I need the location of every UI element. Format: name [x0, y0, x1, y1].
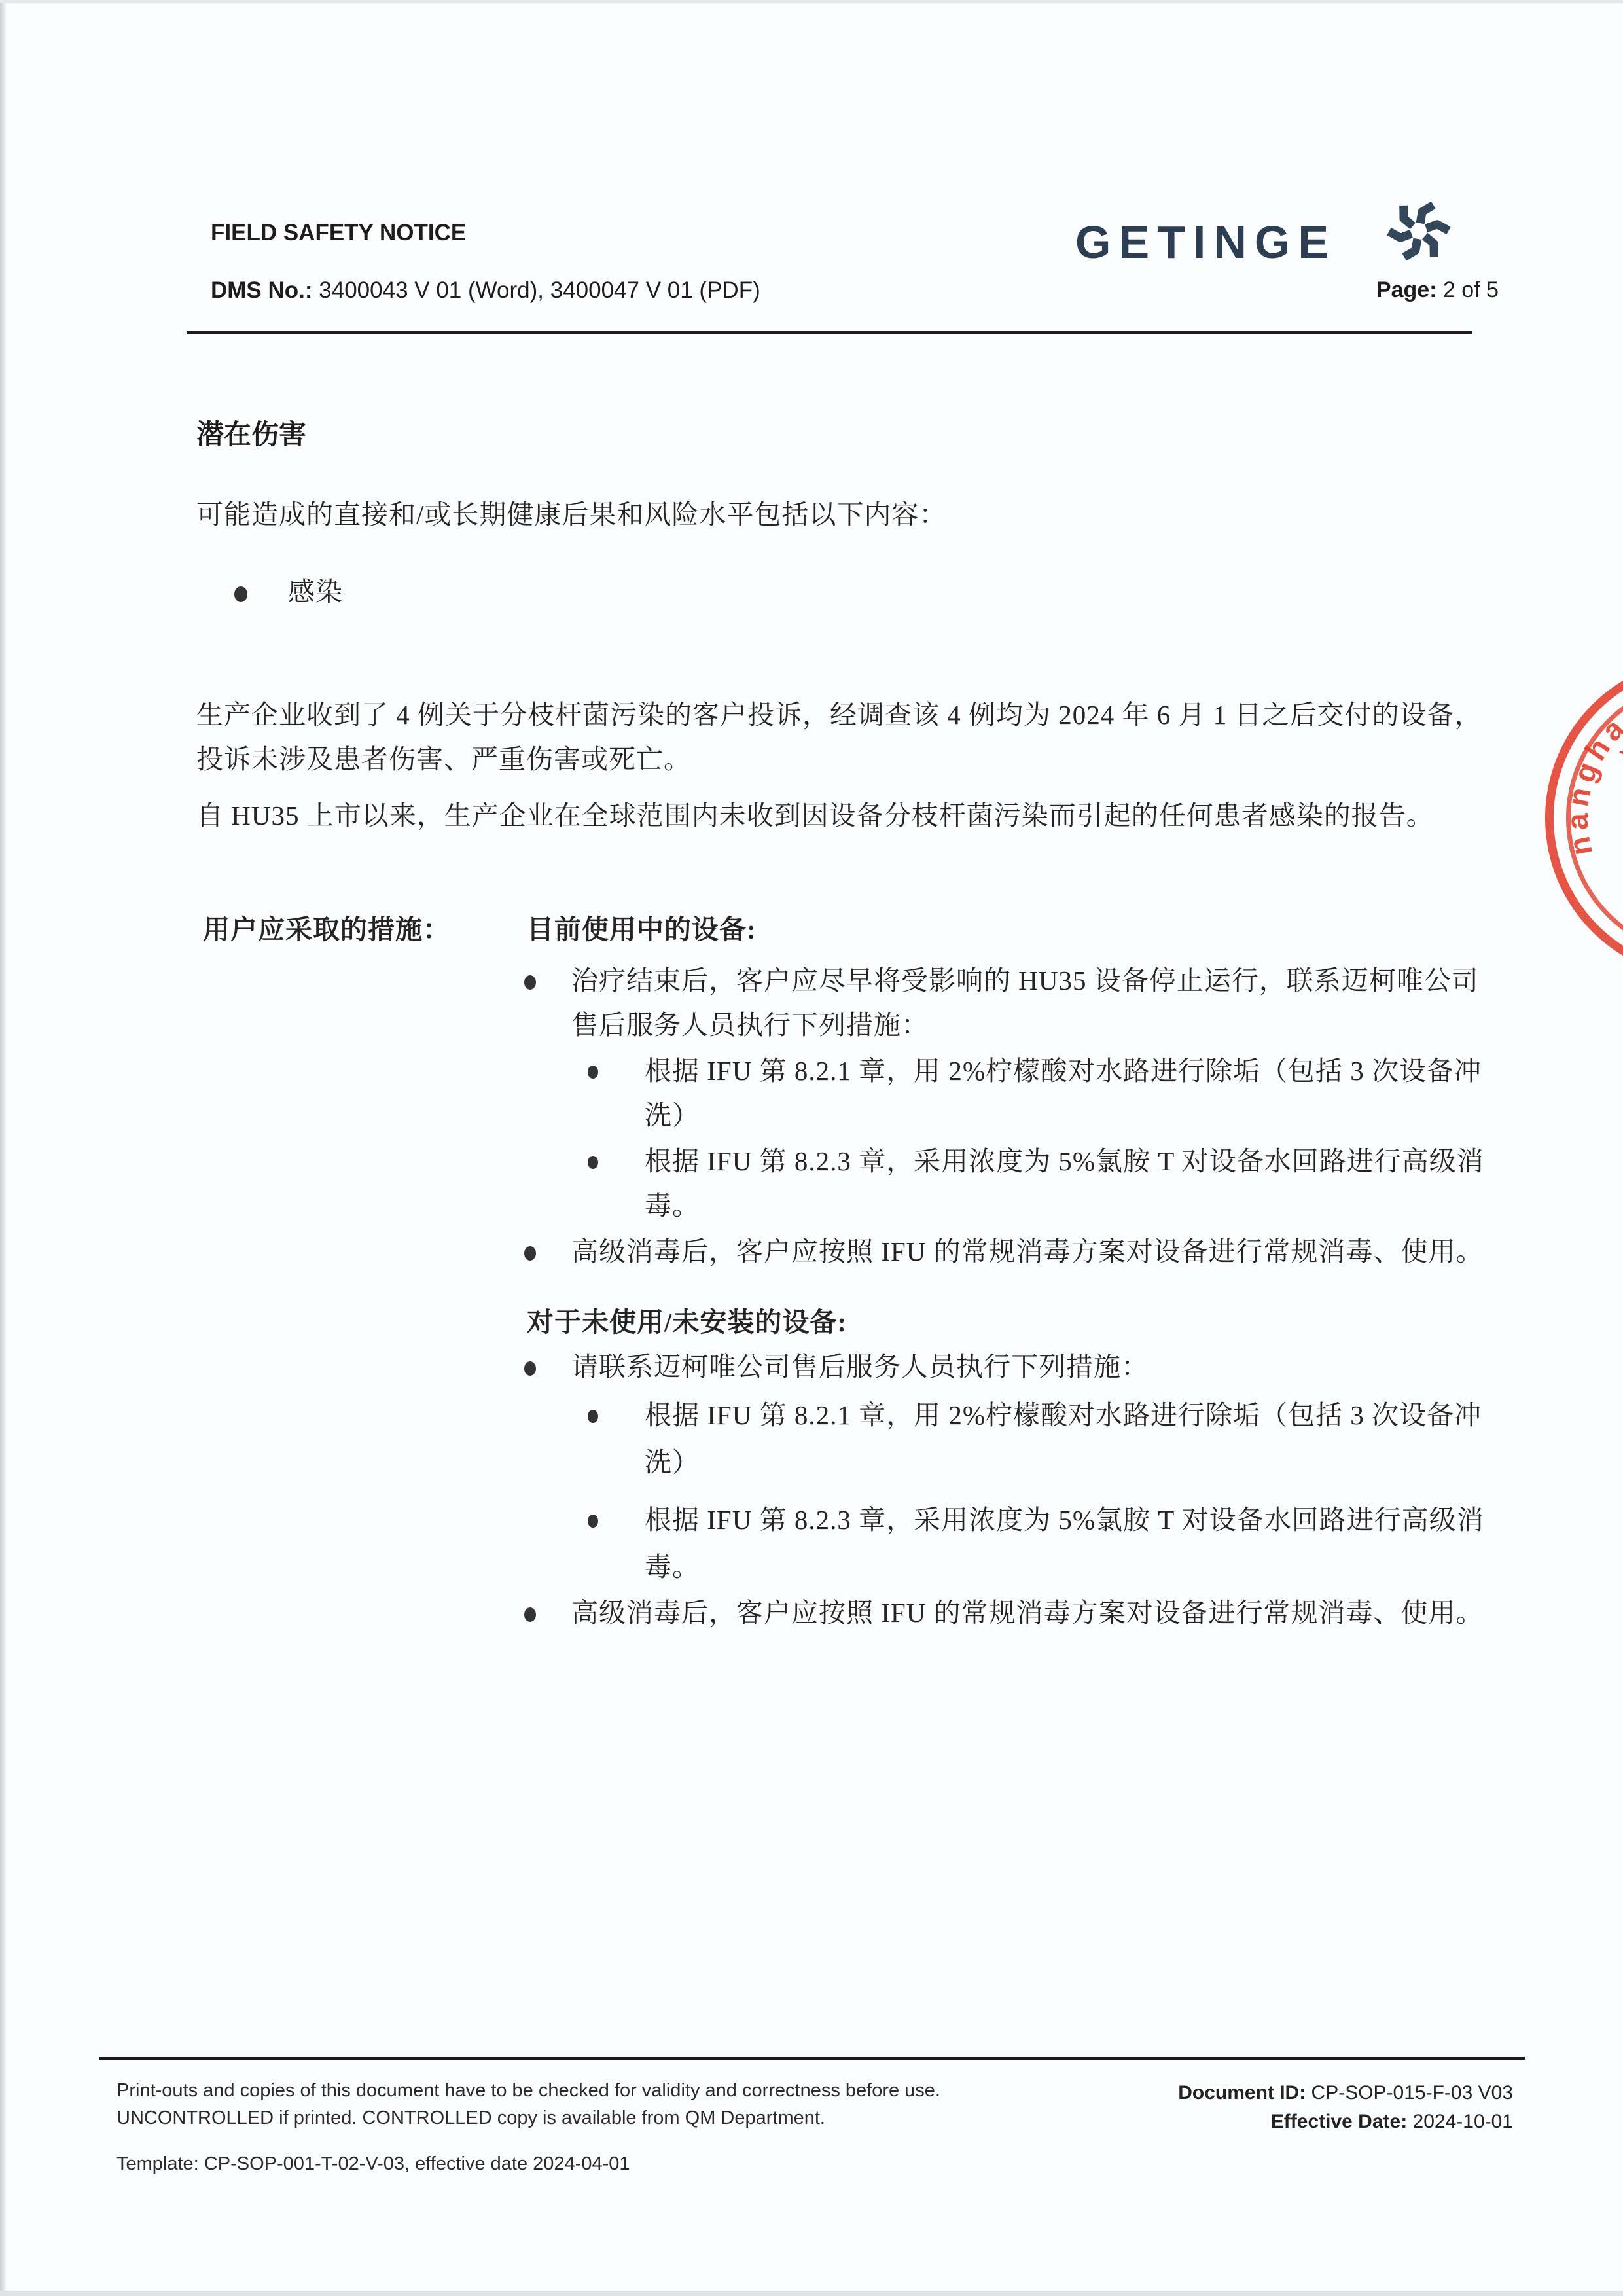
- in-use-devices-heading: 目前使用中的设备:: [527, 914, 757, 946]
- harm-bullet-infection: 感染: [288, 576, 343, 608]
- unused-sub1-line2: 洗）: [645, 1446, 700, 1479]
- footer-document-id: Document ID: CP-SOP-015-F-03 V03: [1178, 2080, 1513, 2106]
- page-value: 2 of 5: [1436, 278, 1499, 302]
- getinge-wordmark: GETINGE: [1075, 217, 1336, 268]
- getinge-logo: GETINGE: [1075, 216, 1336, 268]
- unused-bullet2: 高级消毒后，客户应按照 IFU 的常规消毒方案对设备进行常规消毒、使用。: [571, 1597, 1484, 1629]
- getinge-star-icon: [1386, 198, 1452, 264]
- scan-edge-left: [0, 0, 7, 2296]
- in-use-bullet2: 高级消毒后，客户应按照 IFU 的常规消毒方案对设备进行常规消毒、使用。: [571, 1236, 1484, 1268]
- sub-bullet-dot: [588, 1515, 598, 1528]
- footer-template-line: Template: CP-SOP-001-T-02-V-03, effectiv…: [116, 2152, 630, 2177]
- in-use-bullet1-line1: 治疗结束后，客户应尽早将受影响的 HU35 设备停止运行，联系迈柯唯公司: [571, 965, 1479, 997]
- bullet-dot: [524, 975, 536, 990]
- unused-bullet1: 请联系迈柯唯公司售后服务人员执行下列措施：: [571, 1351, 1149, 1383]
- scanned-document-page: { "header": { "title": "FIELD SAFETY NOT…: [0, 0, 1623, 2296]
- bullet-dot: [524, 1607, 536, 1622]
- unused-sub2-line1: 根据 IFU 第 8.2.3 章，采用浓度为 5%氯胺 T 对设备水回路进行高级…: [645, 1504, 1484, 1536]
- market-history-paragraph: 自 HU35 上市以来，生产企业在全球范围内未收到因设备分枝杆菌污染而引起的任何…: [196, 800, 1434, 832]
- in-use-sub1-line1: 根据 IFU 第 8.2.1 章，用 2%柠檬酸对水路进行除垢（包括 3 次设备…: [645, 1055, 1482, 1087]
- page-label: Page:: [1376, 278, 1437, 302]
- bullet-dot: [234, 586, 247, 602]
- page-title: FIELD SAFETY NOTICE: [211, 220, 466, 246]
- scan-edge-top: [0, 0, 1623, 3]
- user-actions-label: 用户应采取的措施：: [203, 914, 450, 946]
- sub-bullet-dot: [588, 1156, 598, 1169]
- complaint-paragraph-line1: 生产企业收到了 4 例关于分枝杆菌污染的客户投诉，经调查该 4 例均为 2024…: [196, 699, 1482, 731]
- dms-label: DMS No.:: [211, 278, 313, 303]
- svg-text:nangha: nangha: [1513, 703, 1623, 867]
- document-id-label: Document ID:: [1178, 2082, 1306, 2104]
- in-use-sub2-line1: 根据 IFU 第 8.2.3 章，采用浓度为 5%氯胺 T 对设备水回路进行高级…: [645, 1145, 1484, 1177]
- unused-sub2-line2: 毒。: [645, 1551, 700, 1583]
- sub-bullet-dot: [588, 1066, 598, 1079]
- harm-intro-text: 可能造成的直接和/或长期健康后果和风险水平包括以下内容：: [196, 499, 946, 531]
- sub-bullet-dot: [588, 1410, 598, 1423]
- dms-value: 3400043 V 01 (Word), 3400047 V 01 (PDF): [313, 278, 760, 303]
- in-use-sub1-line2: 洗）: [645, 1100, 700, 1132]
- footer-divider: [99, 2057, 1525, 2060]
- effective-date-value: 2024-10-01: [1407, 2111, 1513, 2132]
- scan-edge-bottom: [0, 2291, 1623, 2296]
- dms-number-line: DMS No.: 3400043 V 01 (Word), 3400047 V …: [211, 278, 760, 304]
- page-number: Page: 2 of 5: [1376, 278, 1499, 303]
- footer-notice-line2: UNCONTROLLED if printed. CONTROLLED copy…: [116, 2106, 825, 2131]
- document-id-value: CP-SOP-015-F-03 V03: [1306, 2082, 1513, 2104]
- in-use-sub2-line2: 毒。: [645, 1190, 700, 1222]
- potential-harm-heading: 潜在伤害: [196, 419, 306, 452]
- stamp-arc-text: nangha: [1513, 703, 1623, 867]
- unused-devices-heading: 对于未使用/未安装的设备:: [527, 1306, 847, 1338]
- footer-notice-line1: Print-outs and copies of this document h…: [116, 2079, 940, 2104]
- header-divider: [187, 331, 1472, 334]
- in-use-bullet1-line2: 售后服务人员执行下列措施：: [571, 1009, 929, 1041]
- unused-sub1-line1: 根据 IFU 第 8.2.1 章，用 2%柠檬酸对水路进行除垢（包括 3 次设备…: [645, 1399, 1482, 1431]
- complaint-paragraph-line2: 投诉未涉及患者伤害、严重伤害或死亡。: [196, 744, 691, 776]
- effective-date-label: Effective Date:: [1271, 2111, 1407, 2132]
- bullet-dot: [524, 1246, 536, 1261]
- footer-effective-date: Effective Date: 2024-10-01: [1271, 2109, 1513, 2134]
- company-seal-stamp: nangha Mo 迈柯唯（上: [1477, 590, 1623, 1047]
- bullet-dot: [524, 1361, 536, 1376]
